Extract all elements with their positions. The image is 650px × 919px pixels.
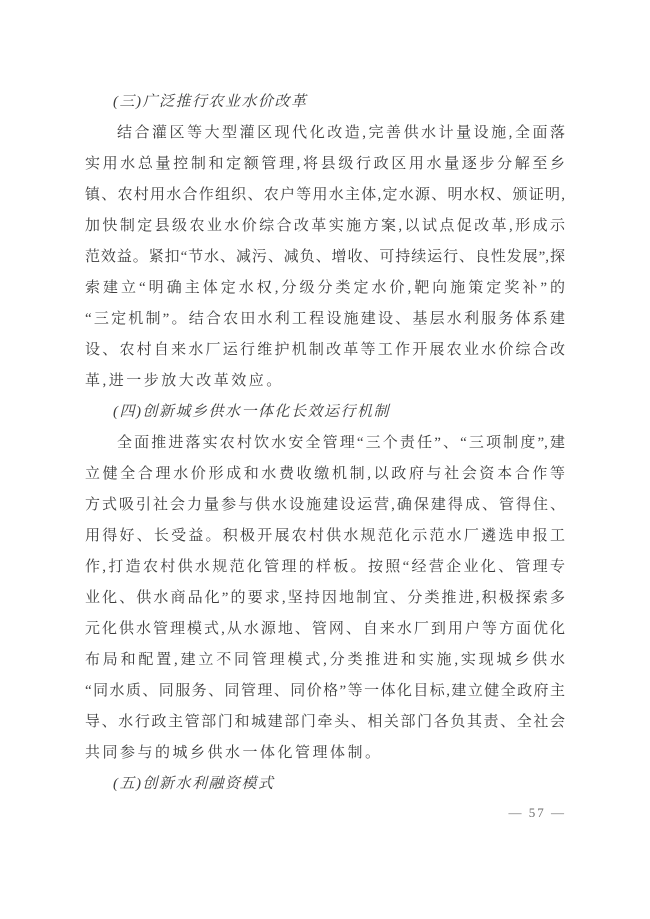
text-line: 加快制定县级农业水价综合改革实施方案,以试点促改革,形成示 xyxy=(85,211,565,242)
text-line: 用得好、长受益。积极开展农村供水规范化示范水厂遴选申报工 xyxy=(85,521,565,552)
paragraph: 结合灌区等大型灌区现代化改造,完善供水计量设施,全面落实用水总量控制和定额管理,… xyxy=(85,118,565,397)
text-line: 业化、供水商品化”的要求,坚持因地制宜、分类推进,积极探索多 xyxy=(85,583,565,614)
text-line: 全面推进落实农村饮水安全管理“三个责任”、“三项制度”,建 xyxy=(85,428,565,459)
text-line: 共同参与的城乡供水一体化管理体制。 xyxy=(85,738,565,769)
text-line: 作,打造农村供水规范化管理的样板。按照“经营企业化、管理专 xyxy=(85,552,565,583)
text-line: 镇、农村用水合作组织、农户等用水主体,定水源、明水权、颁证明, xyxy=(85,180,565,211)
section-heading: (三)广泛推行农业水价改革 xyxy=(85,87,565,118)
paragraph: 全面推进落实农村饮水安全管理“三个责任”、“三项制度”,建立健全合理水价形成和水… xyxy=(85,428,565,769)
text-line: 范效益。紧扣“节水、减污、减负、增收、可持续运行、良性发展”,探 xyxy=(85,242,565,273)
text-line: 布局和配置,建立不同管理模式,分类推进和实施,实现城乡供水 xyxy=(85,645,565,676)
text-line: 索建立“明确主体定水权,分级分类定水价,靶向施策定奖补”的 xyxy=(85,273,565,304)
text-line: 实用水总量控制和定额管理,将县级行政区用水量逐步分解至乡 xyxy=(85,149,565,180)
text-line: 元化供水管理模式,从水源地、管网、自来水厂到用户等方面优化 xyxy=(85,614,565,645)
section-heading: (五)创新水利融资模式 xyxy=(85,769,565,800)
text-line: 革,进一步放大改革效应。 xyxy=(85,366,565,397)
text-line: “同水质、同服务、同管理、同价格”等一体化目标,建立健全政府主 xyxy=(85,676,565,707)
document-page: (三)广泛推行农业水价改革结合灌区等大型灌区现代化改造,完善供水计量设施,全面落… xyxy=(0,0,650,919)
text-line: 导、水行政主管部门和城建部门牵头、相关部门各负其责、全社会 xyxy=(85,707,565,738)
page-number: — 57 — xyxy=(509,804,567,822)
document-content: (三)广泛推行农业水价改革结合灌区等大型灌区现代化改造,完善供水计量设施,全面落… xyxy=(85,87,565,800)
text-line: “三定机制”。结合农田水利工程设施建设、基层水利服务体系建 xyxy=(85,304,565,335)
text-line: 设、农村自来水厂运行维护机制改革等工作开展农业水价综合改 xyxy=(85,335,565,366)
text-line: 方式吸引社会力量参与供水设施建设运营,确保建得成、管得住、 xyxy=(85,490,565,521)
text-line: 立健全合理水价形成和水费收缴机制,以政府与社会资本合作等 xyxy=(85,459,565,490)
section-heading: (四)创新城乡供水一体化长效运行机制 xyxy=(85,397,565,428)
text-line: 结合灌区等大型灌区现代化改造,完善供水计量设施,全面落 xyxy=(85,118,565,149)
